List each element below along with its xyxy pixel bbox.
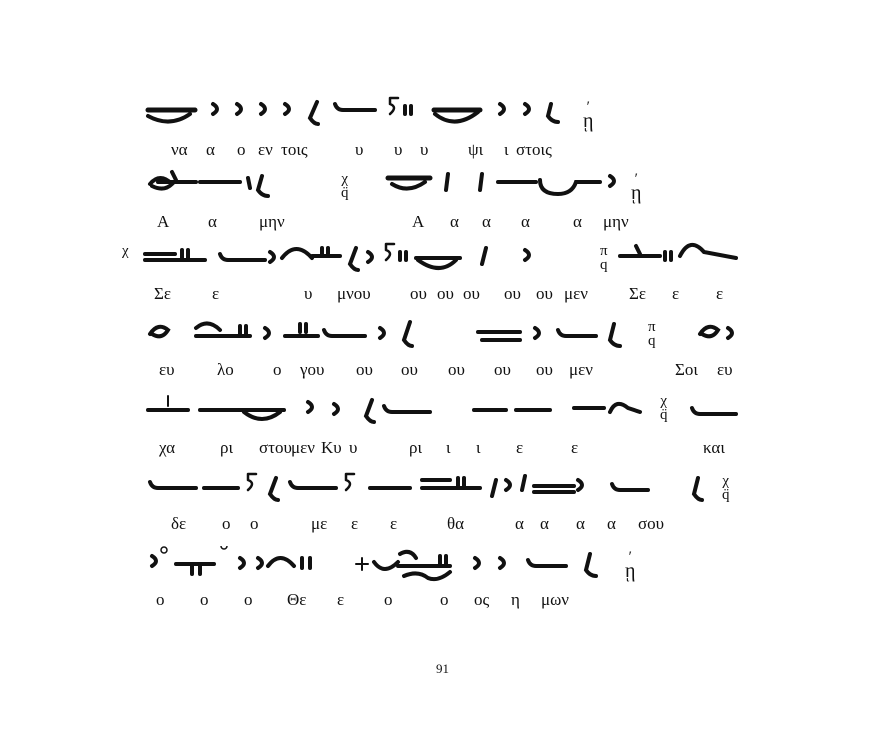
syllable: υ xyxy=(355,140,363,160)
syllable: τοις xyxy=(281,140,308,160)
neume-glyphs-icon xyxy=(0,96,896,140)
syllable: ε xyxy=(571,438,578,458)
neume-glyphs-icon xyxy=(0,546,896,590)
music-line-5: χα ρι στου μεν Κυ υ ρι ι ι ε ε και χ q̈ xyxy=(0,394,896,470)
martyria-top: π xyxy=(600,244,608,258)
syllable: στου xyxy=(259,438,292,458)
syllable: μην xyxy=(603,212,629,232)
music-line-2: Α α μην Α α α α α μην χ q̈ ʹ ῃ xyxy=(0,168,896,244)
martyria-bottom: q̈ xyxy=(660,408,668,422)
syllable: α xyxy=(450,212,459,232)
neume-glyphs-icon xyxy=(0,240,896,284)
syllable: α xyxy=(521,212,530,232)
martyria-bottom: q xyxy=(648,334,656,348)
martyria-top: χ xyxy=(122,244,129,258)
martyria-top: χ xyxy=(660,394,668,408)
syllable: σου xyxy=(638,514,664,534)
syllable: στοις xyxy=(516,140,552,160)
martyria-bottom: q̈ xyxy=(722,488,730,502)
syllable: ου xyxy=(410,284,427,304)
neume-glyphs-icon xyxy=(0,168,896,212)
martyria-sign: χ xyxy=(122,244,129,258)
syllable: υ xyxy=(304,284,312,304)
syllable: Σε xyxy=(629,284,646,304)
neume-row xyxy=(0,240,896,284)
martyria-top: χ xyxy=(722,474,730,488)
syllable: α xyxy=(515,514,524,534)
neume-glyphs-icon xyxy=(0,394,896,438)
neume-glyphs-icon xyxy=(0,470,896,514)
syllable: ου xyxy=(494,360,511,380)
music-line-4: ευ λο ο γου ου ου ου ου ου μεν Σοι ευ π … xyxy=(0,316,896,392)
syllable: ι xyxy=(504,140,509,160)
page-number: 91 xyxy=(436,661,449,677)
neume-glyphs-icon xyxy=(0,316,896,360)
syllable: υ xyxy=(420,140,428,160)
syllable: μων xyxy=(541,590,569,610)
syllable: ρι xyxy=(409,438,422,458)
neume-row xyxy=(0,394,896,438)
martyria-sign: π q xyxy=(648,320,656,348)
syllable: ου xyxy=(448,360,465,380)
syllable: και xyxy=(703,438,725,458)
syllable: ε xyxy=(351,514,358,534)
music-page: να α ο εν τοις υ υ υ ψι ι στοις ʹ ῃ xyxy=(0,0,896,737)
syllable: ε xyxy=(390,514,397,534)
syllable: μην xyxy=(259,212,285,232)
syllable: η xyxy=(511,590,520,610)
syllable: Α xyxy=(412,212,424,232)
syllable: ε xyxy=(212,284,219,304)
syllable: ο xyxy=(237,140,246,160)
syllable: ε xyxy=(516,438,523,458)
syllable: ρι xyxy=(220,438,233,458)
martyria-sign: ʹ ῃ xyxy=(625,550,635,578)
martyria-sign: χ q̈ xyxy=(660,394,668,422)
music-line-3: Σε ε υ μνου ου ου ου ου ου μεν Σε ε ε χ … xyxy=(0,240,896,316)
martyria-bottom: ῃ xyxy=(631,186,641,200)
martyria-sign: χ q̈ xyxy=(341,172,349,200)
neume-row xyxy=(0,470,896,514)
syllable: ος xyxy=(474,590,489,610)
syllable: ου xyxy=(356,360,373,380)
syllable: ο xyxy=(440,590,449,610)
syllable: ευ xyxy=(159,360,175,380)
music-line-6: δε ο ο με ε ε θα α α α α σου χ q̈ xyxy=(0,470,896,546)
neume-row xyxy=(0,96,896,140)
syllable: α xyxy=(482,212,491,232)
syllable: χα xyxy=(159,438,175,458)
syllable: ο xyxy=(384,590,393,610)
syllable: δε xyxy=(171,514,186,534)
music-line-7: ο ο ο Θε ε ο ο ος η μων ʹ ῃ xyxy=(0,546,896,622)
music-line-1: να α ο εν τοις υ υ υ ψι ι στοις ʹ ῃ xyxy=(0,96,896,172)
syllable: Κυ xyxy=(321,438,342,458)
syllable: μεν xyxy=(291,438,315,458)
syllable: ου xyxy=(401,360,418,380)
martyria-top: χ xyxy=(341,172,349,186)
syllable: ι xyxy=(446,438,451,458)
syllable: εν xyxy=(258,140,273,160)
martyria-bottom: q xyxy=(600,258,608,272)
syllable: ου xyxy=(463,284,480,304)
neume-row xyxy=(0,316,896,360)
syllable: με xyxy=(311,514,327,534)
syllable: ε xyxy=(716,284,723,304)
syllable: ι xyxy=(476,438,481,458)
syllable: ε xyxy=(337,590,344,610)
syllable: ο xyxy=(200,590,209,610)
syllable: Α xyxy=(157,212,169,232)
syllable: ου xyxy=(504,284,521,304)
syllable: Σοι xyxy=(675,360,698,380)
syllable: α xyxy=(208,212,217,232)
syllable: λο xyxy=(217,360,234,380)
syllable: ου xyxy=(437,284,454,304)
syllable: γου xyxy=(300,360,324,380)
syllable: α xyxy=(607,514,616,534)
neume-row xyxy=(0,168,896,212)
martyria-sign: π q xyxy=(600,244,608,272)
syllable: υ xyxy=(394,140,402,160)
syllable: θα xyxy=(447,514,464,534)
syllable: μνου xyxy=(337,284,371,304)
neume-row xyxy=(0,546,896,590)
syllable: α xyxy=(576,514,585,534)
syllable: ο xyxy=(273,360,282,380)
syllable: α xyxy=(573,212,582,232)
syllable: ευ xyxy=(717,360,733,380)
syllable: ε xyxy=(672,284,679,304)
syllable: ψι xyxy=(468,140,483,160)
syllable: α xyxy=(540,514,549,534)
syllable: υ xyxy=(349,438,357,458)
martyria-sign: ʹ ῃ xyxy=(631,172,641,200)
syllable: ο xyxy=(222,514,231,534)
martyria-bottom: ῃ xyxy=(625,564,635,578)
syllable: Θε xyxy=(287,590,306,610)
syllable: Σε xyxy=(154,284,171,304)
syllable: ο xyxy=(156,590,165,610)
syllable: ου xyxy=(536,360,553,380)
syllable: ο xyxy=(250,514,259,534)
martyria-sign: ʹ ῃ xyxy=(583,100,593,128)
syllable: μεν xyxy=(569,360,593,380)
martyria-top: π xyxy=(648,320,656,334)
syllable: ο xyxy=(244,590,253,610)
syllable: να xyxy=(171,140,188,160)
martyria-sign: χ q̈ xyxy=(722,474,730,502)
syllable: α xyxy=(206,140,215,160)
martyria-bottom: ῃ xyxy=(583,114,593,128)
martyria-bottom: q̈ xyxy=(341,186,349,200)
syllable: ου xyxy=(536,284,553,304)
syllable: μεν xyxy=(564,284,588,304)
